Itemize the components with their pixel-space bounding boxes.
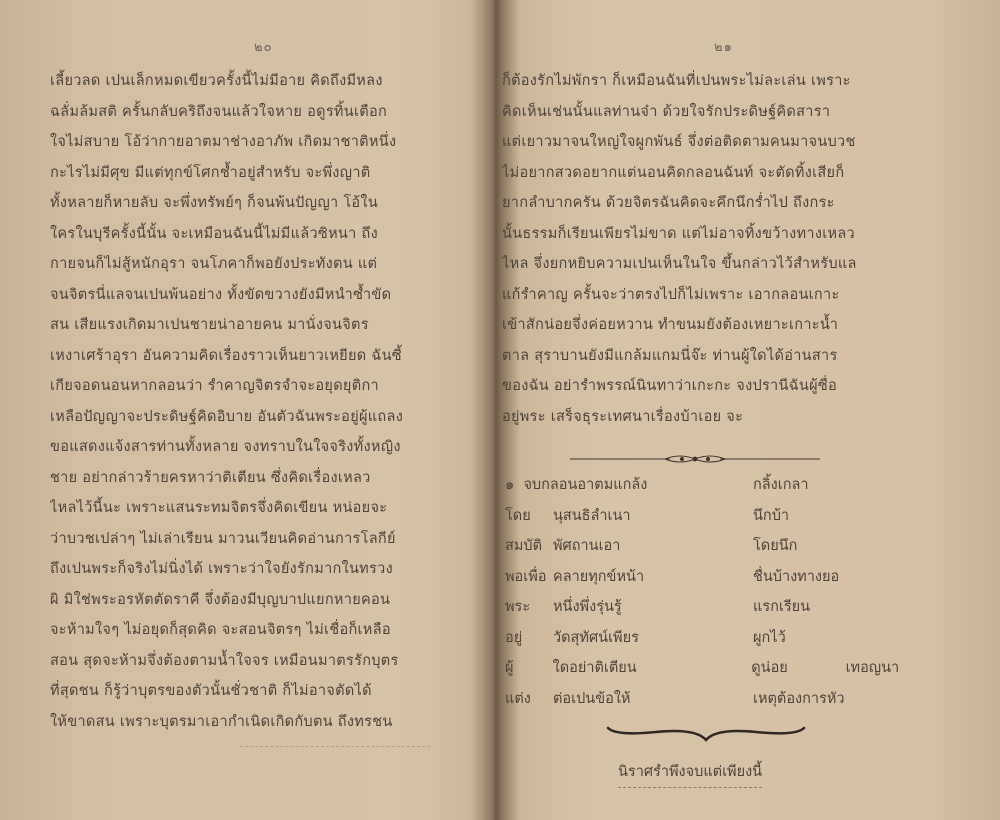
text-line: จนจิตรนี่แลจนเปนพ้นอย่าง ทั้งขัดขวางยังม… — [50, 280, 475, 311]
text-line: ไหลไว้นี้นะ เพราะแสนระทมจิตรจึ่งคิดเขียน… — [50, 493, 475, 524]
text-line: ไม่อยากสวดอยากแต่นอนคิดกลอนฉันท์ จะตัดทิ… — [502, 158, 942, 189]
verse-row: โดย นุสนธิลำเนา นึกบ้า — [505, 501, 925, 532]
open-book-spread: ๒๐ เลี้ยวลด เปนเล็กหมดเขียวครั้งนี้ไม่มี… — [0, 0, 1000, 820]
left-page: ๒๐ เลี้ยวลด เปนเล็กหมดเขียวครั้งนี้ไม่มี… — [0, 0, 492, 820]
page-number: ๒๐ — [254, 36, 273, 57]
text-line: ทั้งหลายก็หายลับ จะพึ่งทรัพย์ๆ ก็จนพ้นปั… — [50, 188, 475, 219]
verse-row: ๑ จบกลอนอาตมแกล้ง กลิ้งเกลา — [505, 470, 925, 501]
closing-verse: ๑ จบกลอนอาตมแกล้ง กลิ้งเกลา โดย นุสนธิลำ… — [505, 470, 925, 714]
verse-end: ชื่นบ้างทางยอ — [753, 562, 848, 593]
text-line: ก็ต้องรักไม่พักรา ก็เหมือนฉันที่เปนพระไม… — [502, 66, 942, 97]
verse-lead: แต่ง — [505, 684, 553, 715]
text-line: ใครในบุรีครั้งนี้นั้น จะเหมือนฉันนี้ไม่ม… — [50, 219, 475, 250]
verse-row: แต่ง ต่อเปนข้อให้ เหตุต้องการหัว — [505, 684, 925, 715]
text-line: แก้รำคาญ ครั้นจะว่าตรงไปก็ไม่เพราะ เอากล… — [502, 280, 942, 311]
text-line: นั้นธรรมก็เรียนเพียรไม่ขาด แต่ไม่อาจทิ้ง… — [502, 219, 942, 250]
text-line: เหลือปัญญาจะประดิษฐ์คิดอิบาย อันตัวฉันพร… — [50, 402, 475, 433]
verse-end: นึกบ้า — [753, 501, 848, 532]
text-line: ชาย อย่ากล่าวร้ายครหาว่าติเตียน ซึ่งคิดเ… — [50, 463, 475, 494]
text-line: เข้าสักน่อยจึ่งค่อยหวาน ทำขนมยังต้องเหยา… — [502, 310, 942, 341]
verse-lead: พระ — [505, 592, 553, 623]
verse-line: หนึ่งพึ่งรุ่นรู้ — [553, 592, 753, 623]
verse-lead: อยู่ — [505, 623, 553, 654]
text-line: ว่าบวชเปล่าๆ ไม่เล่าเรียน มาวนเวียนคิดอ่… — [50, 524, 475, 555]
page-number: ๒๑ — [714, 36, 733, 57]
text-line: สน เสียแรงเกิดมาเปนชายน่าอายคน มานั่งจนจ… — [50, 310, 475, 341]
verse-line: พัศถานเอา — [553, 531, 753, 562]
verse-line: ต่อเปนข้อให้ — [553, 684, 753, 715]
text-line: กายจนก็ไม่สู้หนักอุรา จนโภคาก็พอยังประทั… — [50, 249, 475, 280]
text-line: คิดเห็นเช่นนั้นแลท่านจ๋า ด้วยใจรักประดิษ… — [502, 97, 942, 128]
curly-brace-ornament-icon — [606, 720, 806, 744]
right-page-text: ก็ต้องรักไม่พักรา ก็เหมือนฉันที่เปนพระไม… — [502, 66, 942, 432]
left-page-text: เลี้ยวลด เปนเล็กหมดเขียวครั้งนี้ไม่มีอาย… — [50, 66, 475, 737]
verse-line: นุสนธิลำเนา — [553, 501, 753, 532]
text-line: ใจไม่สบาย โอ้ว่ากายอาตมาช่างอาภัพ เกิดมา… — [50, 127, 475, 158]
text-line: ยากลำบากครัน ด้วยจิตรฉันคิดจะคึกนึกร่ำไป… — [502, 188, 942, 219]
verse-end: โดยนึก — [753, 531, 848, 562]
text-line: ขอแสดงแจ้งสารท่านทั้งหลาย จงทราบในใจจริง… — [50, 432, 475, 463]
decorative-divider-icon — [570, 452, 820, 466]
verse-end: เหตุต้องการหัว — [753, 684, 848, 715]
verse-line: วัดสุทัศน์เพียร — [553, 623, 753, 654]
text-line: ตาล สุราบานยังมีแกล้มแกมนี่จ๊ะ ท่านผู้ใด… — [502, 341, 942, 372]
verse-end: ผูกไว้ — [753, 623, 848, 654]
text-line: ที่สุดชน ก็รู้ว่าบุตรของตัวนั้นชั่วชาติ … — [50, 676, 475, 707]
verse-lead: พอเพื่อ — [505, 562, 553, 593]
verse-end: แรกเรียน — [753, 592, 848, 623]
bottom-dashed-rule — [240, 746, 430, 747]
text-line: ให้ขาดสน เพราะบุตรมาเอากำเนิดเกิดกับตน ถ… — [50, 707, 475, 738]
verse-extra: เทอญนา — [846, 653, 925, 684]
text-line: สอน สุดจะห้ามจึ่งต้องตามน้ำใจจร เหมือนมา… — [50, 646, 475, 677]
text-line: กะไรไม่มีศุข มีแต่ทุกข์โศกช้ำอยู่สำหรับ … — [50, 158, 475, 189]
verse-lead: สมบัติ — [505, 531, 553, 562]
verse-row: ผู้ ใดอย่าติเตียน ดูน่อย เทอญนา — [505, 653, 925, 684]
text-line: จะห้ามใจๆ ไม่อยุดก็สุดคิด จะสอนจิตรๆ ไม่… — [50, 615, 475, 646]
text-line: อยู่พระ เสร็จธุระเทศนาเรื่องบ้าเอย จะ — [502, 402, 942, 433]
text-line: ฉลั่มล้มสติ ครั้นกลับคริถึงจนแล้วใจหาย อ… — [50, 97, 475, 128]
text-line: แต่เยาวมาจนใหญ่ใจผูกพันธ์ จึ่งต่อติดตามค… — [502, 127, 942, 158]
text-line: ของฉัน อย่ารำพรรณ์นินทาว่าเกะกะ จงปรานีฉ… — [502, 371, 942, 402]
verse-row: พอเพื่อ คลายทุกข์หน้า ชื่นบ้างทางยอ — [505, 562, 925, 593]
text-line: ผิ มิใช่พระอรหัตตัดราคี จึ่งต้องมีบุญบาป… — [50, 585, 475, 616]
text-line: เกียจอดนอนหากลอนว่า รำคาญจิตรจำจะอยุดยุต… — [50, 371, 475, 402]
text-line: เลี้ยวลด เปนเล็กหมดเขียวครั้งนี้ไม่มีอาย… — [50, 66, 475, 97]
verse-end: กลิ้งเกลา — [753, 470, 848, 501]
verse-line: ใดอย่าติเตียน — [553, 653, 752, 684]
verse-lead: โดย — [505, 501, 553, 532]
verse-lead: ผู้ — [505, 653, 553, 684]
verse-line: คลายทุกข์หน้า — [553, 562, 753, 593]
verse-marker: ๑ — [505, 477, 514, 493]
verse-row: พระ หนึ่งพึ่งรุ่นรู้ แรกเรียน — [505, 592, 925, 623]
verse-line: ๑ จบกลอนอาตมแกล้ง — [505, 470, 753, 501]
closing-line: นิราศรำพึงจบแต่เพียงนี้ — [618, 760, 762, 788]
text-line: ไหล จึ่งยกหยิบความเปนเห็นในใจ ขึ้นกล่าวไ… — [502, 249, 942, 280]
verse-row: อยู่ วัดสุทัศน์เพียร ผูกไว้ — [505, 623, 925, 654]
verse-end: ดูน่อย — [751, 653, 845, 684]
verse-row: สมบัติ พัศถานเอา โดยนึก — [505, 531, 925, 562]
text-line: เหงาเศร้าอุรา อันความคิดเรื่องราวเห็นยาว… — [50, 341, 475, 372]
text-line: ถึงเปนพระก็จริงไม่นิ่งได้ เพราะว่าใจยังร… — [50, 554, 475, 585]
